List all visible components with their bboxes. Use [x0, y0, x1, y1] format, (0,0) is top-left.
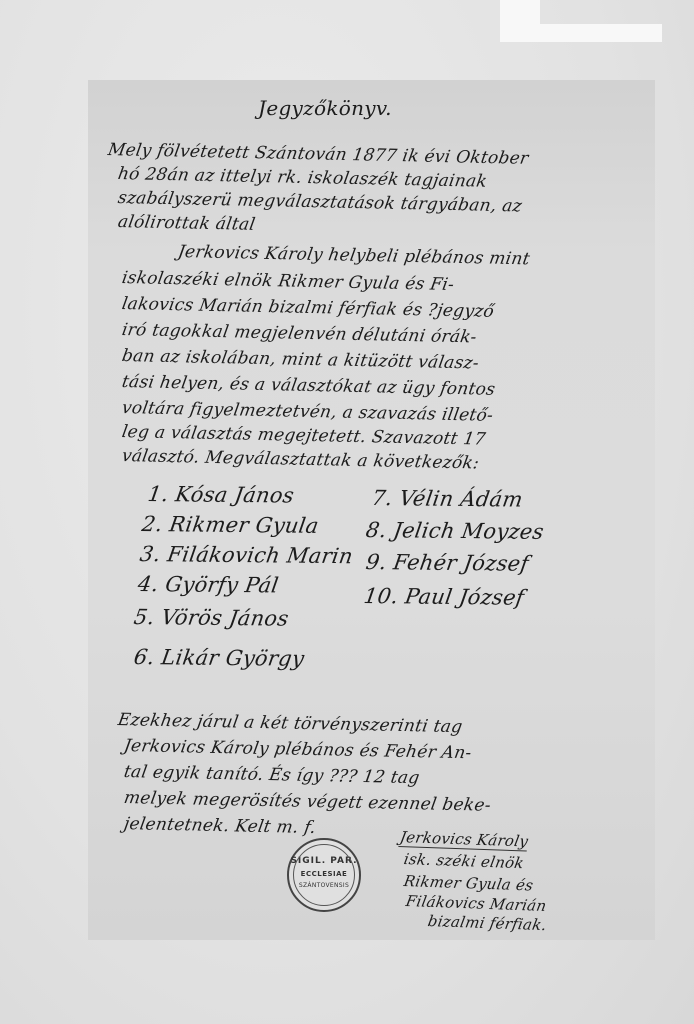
elected-member: 6. Likár György: [132, 645, 306, 671]
elected-member: 3. Filákovich Marin: [138, 542, 354, 568]
elected-member: 1. Kósa János: [146, 482, 296, 508]
elected-member: 5. Vörös János: [132, 605, 290, 631]
elected-member: 10. Paul József: [362, 584, 526, 610]
parish-seal-stamp: SIGIL. PAR. ECCLESIAE SZÁNTOVENSIS: [287, 838, 361, 912]
paper-tape-strip: [500, 24, 662, 42]
elected-member: 4. Györfy Pál: [136, 572, 280, 597]
closing-line: jelentetnek. Kelt m. f.: [122, 814, 317, 838]
document-title: Jegyzőkönyv.: [258, 96, 392, 120]
elected-member: 7. Vélin Ádám: [370, 486, 524, 512]
elected-member: 8. Jelich Moyzes: [364, 518, 545, 544]
elected-member: 2. Rikmer Gyula: [140, 512, 320, 538]
intro-line: alólirottak által: [116, 212, 256, 235]
stamp-inner-ring: [293, 844, 355, 906]
elected-member: 9. Fehér József: [364, 550, 530, 576]
